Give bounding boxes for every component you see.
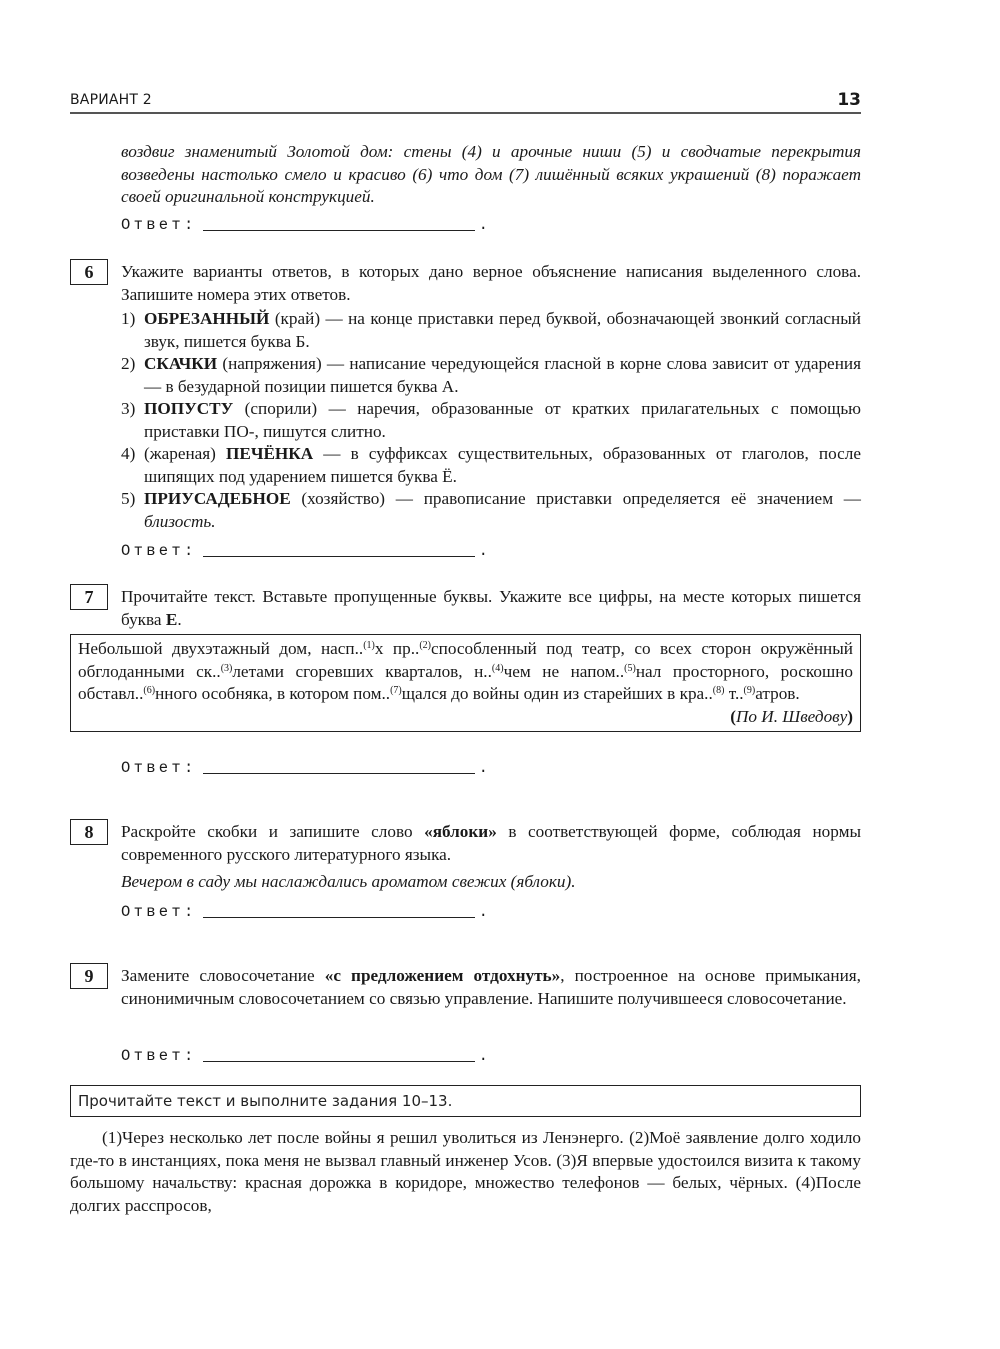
task9-answer: Ответ:. bbox=[121, 1045, 491, 1065]
task9-prompt: Замените словосочетание «с предложением … bbox=[70, 965, 861, 1010]
answer-field[interactable] bbox=[203, 901, 475, 918]
task5-sentence-tail: воздвиг знаменитый Золотой дом: стены (4… bbox=[70, 141, 861, 209]
option-number: 5) bbox=[121, 488, 135, 511]
gap-marker: (7) bbox=[390, 685, 402, 696]
variant-label: ВАРИАНТ 2 bbox=[70, 92, 152, 108]
task6-option-4: 4)(жареная) ПЕЧЁНКА — в суффиксах сущест… bbox=[121, 443, 861, 488]
task5-answer: Ответ:. bbox=[121, 214, 491, 234]
letter-e: Е bbox=[166, 610, 177, 629]
task7-prompt: Прочитайте текст. Вставьте пропущенные б… bbox=[70, 586, 861, 631]
task8-prompt: Раскройте скобки и запишите слово «яблок… bbox=[70, 821, 861, 866]
task6-options: 1)ОБРЕЗАННЫЙ (край) — на конце приставки… bbox=[121, 308, 861, 533]
gap-marker: (1) bbox=[363, 640, 375, 651]
task6-option-3: 3)ПОПУСТУ (спорили) — наречия, образован… bbox=[121, 398, 861, 443]
answer-field[interactable] bbox=[203, 1045, 475, 1062]
instruction-box: Прочитайте текст и выполните задания 10–… bbox=[70, 1085, 861, 1117]
answer-field[interactable] bbox=[203, 757, 475, 774]
highlighted-word: ПРИУСАДЕБНОЕ bbox=[144, 489, 291, 508]
option-number: 3) bbox=[121, 398, 135, 421]
target-word: «яблоки» bbox=[424, 822, 497, 841]
task8-answer: Ответ:. bbox=[121, 901, 491, 921]
option-number: 4) bbox=[121, 443, 135, 466]
task6-option-2: 2)СКАЧКИ (напряжения) — написание череду… bbox=[121, 353, 861, 398]
header-rule bbox=[70, 112, 861, 114]
option-number: 2) bbox=[121, 353, 135, 376]
task7-passage-box: Небольшой двухэтажный дом, насп..(1)х пр… bbox=[70, 634, 861, 732]
answer-label: Ответ: bbox=[121, 542, 197, 560]
gap-marker: (4) bbox=[492, 663, 504, 674]
task6-prompt: Укажите варианты ответов, в которых дано… bbox=[121, 261, 861, 306]
highlighted-word: ОБРЕЗАННЫЙ bbox=[144, 309, 269, 328]
task7-answer: Ответ:. bbox=[121, 757, 491, 777]
answer-label: Ответ: bbox=[121, 1047, 197, 1065]
task7-passage: Небольшой двухэтажный дом, насп..(1)х пр… bbox=[78, 638, 853, 706]
gap-marker: (5) bbox=[624, 663, 636, 674]
task6-option-1: 1)ОБРЕЗАННЫЙ (край) — на конце приставки… bbox=[121, 308, 861, 353]
highlighted-word: ПОПУСТУ bbox=[144, 399, 233, 418]
answer-field[interactable] bbox=[203, 214, 475, 231]
gap-marker: (8) bbox=[713, 685, 725, 696]
task6-answer: Ответ:. bbox=[121, 540, 491, 560]
passage-source: (По И. Шведову) bbox=[78, 706, 853, 729]
task8-sentence: Вечером в саду мы наслаждались ароматом … bbox=[70, 871, 861, 894]
task6-body: Укажите варианты ответов, в которых дано… bbox=[70, 261, 861, 533]
page-number: 13 bbox=[837, 90, 861, 110]
task6-option-5: 5)ПРИУСАДЕБНОЕ (хозяйство) — правописани… bbox=[121, 488, 861, 533]
gap-marker: (6) bbox=[143, 685, 155, 696]
option-number: 1) bbox=[121, 308, 135, 331]
answer-label: Ответ: bbox=[121, 903, 197, 921]
reading-passage: (1)Через несколько лет после войны я реш… bbox=[70, 1127, 861, 1217]
highlighted-word: СКАЧКИ bbox=[144, 354, 217, 373]
target-phrase: «с предложением отдохнуть» bbox=[325, 966, 560, 985]
answer-label: Ответ: bbox=[121, 216, 197, 234]
highlighted-word: ПЕЧЁНКА bbox=[226, 444, 313, 463]
running-head: ВАРИАНТ 2 13 bbox=[70, 90, 861, 112]
gap-marker: (2) bbox=[419, 640, 431, 651]
answer-label: Ответ: bbox=[121, 759, 197, 777]
gap-marker: (9) bbox=[744, 685, 756, 696]
answer-field[interactable] bbox=[203, 540, 475, 557]
gap-marker: (3) bbox=[221, 663, 233, 674]
